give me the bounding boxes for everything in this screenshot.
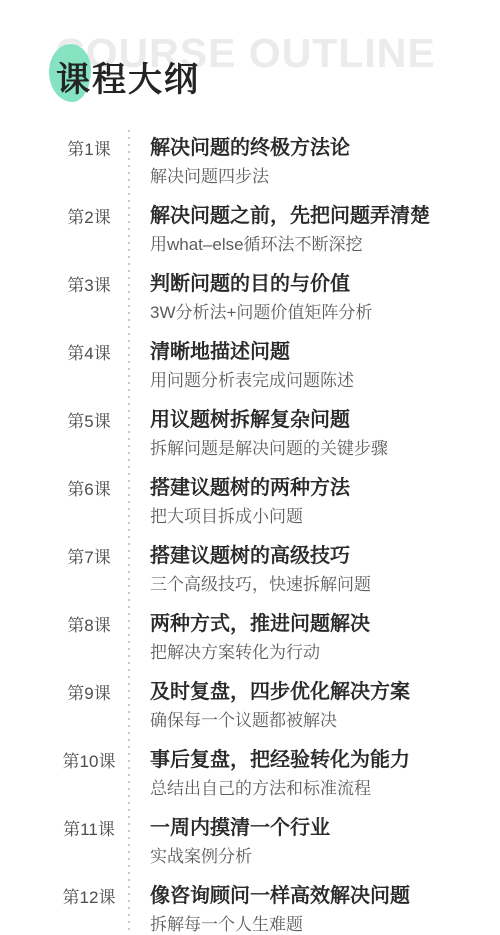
lesson-row: 第6课 搭建议题树的两种方法 把大项目拆成小问题: [0, 474, 500, 530]
lesson-subtitle: 解决问题四步法: [150, 164, 350, 190]
lesson-row: 第1课 解决问题的终极方法论 解决问题四步法: [0, 134, 500, 190]
lesson-row: 第5课 用议题树拆解复杂问题 拆解问题是解决问题的关键步骤: [0, 406, 500, 462]
lesson-title: 用议题树拆解复杂问题: [150, 406, 388, 434]
page-title-wrap: 课程大纲: [56, 52, 200, 101]
lesson-content: 解决问题之前，先把问题弄清楚 用what–else循环法不断深挖: [150, 202, 430, 258]
lesson-subtitle: 实战案例分析: [150, 844, 330, 870]
lesson-content: 像咨询顾问一样高效解决问题 拆解每一个人生难题: [150, 882, 410, 935]
lesson-title: 搭建议题树的高级技巧: [150, 542, 371, 570]
lesson-content: 搭建议题树的高级技巧 三个高级技巧，快速拆解问题: [150, 542, 371, 598]
lesson-subtitle: 总结出自己的方法和标准流程: [150, 776, 410, 802]
lesson-subtitle: 把大项目拆成小问题: [150, 504, 350, 530]
lesson-content: 清晰地描述问题 用问题分析表完成问题陈述: [150, 338, 354, 394]
lesson-row: 第7课 搭建议题树的高级技巧 三个高级技巧，快速拆解问题: [0, 542, 500, 598]
lesson-content: 两种方式，推进问题解决 把解决方案转化为行动: [150, 610, 370, 666]
lesson-subtitle: 确保每一个议题都被解决: [150, 708, 410, 734]
lesson-list: 第1课 解决问题的终极方法论 解决问题四步法 第2课 解决问题之前，先把问题弄清…: [0, 130, 500, 935]
lesson-number-label: 第4课: [58, 338, 120, 366]
lesson-row: 第10课 事后复盘，把经验转化为能力 总结出自己的方法和标准流程: [0, 746, 500, 802]
lesson-number-label: 第12课: [58, 882, 120, 910]
lesson-subtitle: 拆解每一个人生难题: [150, 912, 410, 935]
lesson-row: 第3课 判断问题的目的与价值 3W分析法+问题价值矩阵分析: [0, 270, 500, 326]
lesson-number-label: 第8课: [58, 610, 120, 638]
lesson-content: 解决问题的终极方法论 解决问题四步法: [150, 134, 350, 190]
lesson-row: 第2课 解决问题之前，先把问题弄清楚 用what–else循环法不断深挖: [0, 202, 500, 258]
page-title: 课程大纲: [56, 52, 200, 101]
lesson-subtitle: 拆解问题是解决问题的关键步骤: [150, 436, 388, 462]
lesson-content: 事后复盘，把经验转化为能力 总结出自己的方法和标准流程: [150, 746, 410, 802]
lesson-subtitle: 三个高级技巧，快速拆解问题: [150, 572, 371, 598]
lesson-title: 事后复盘，把经验转化为能力: [150, 746, 410, 774]
lesson-title: 解决问题的终极方法论: [150, 134, 350, 162]
lesson-title: 解决问题之前，先把问题弄清楚: [150, 202, 430, 230]
lesson-row: 第8课 两种方式，推进问题解决 把解决方案转化为行动: [0, 610, 500, 666]
lesson-number-label: 第11课: [58, 814, 120, 842]
lesson-number-label: 第7课: [58, 542, 120, 570]
lesson-title: 清晰地描述问题: [150, 338, 354, 366]
header: COURSE OUTLINE 课程大纲: [0, 0, 500, 130]
lesson-title: 判断问题的目的与价值: [150, 270, 372, 298]
lesson-number-label: 第9课: [58, 678, 120, 706]
lesson-content: 判断问题的目的与价值 3W分析法+问题价值矩阵分析: [150, 270, 372, 326]
lesson-title: 搭建议题树的两种方法: [150, 474, 350, 502]
lesson-number-label: 第3课: [58, 270, 120, 298]
lesson-title: 一周内摸清一个行业: [150, 814, 330, 842]
lesson-row: 第11课 一周内摸清一个行业 实战案例分析: [0, 814, 500, 870]
lesson-number-label: 第1课: [58, 134, 120, 162]
lesson-title: 像咨询顾问一样高效解决问题: [150, 882, 410, 910]
lesson-number-label: 第10课: [58, 746, 120, 774]
lesson-row: 第12课 像咨询顾问一样高效解决问题 拆解每一个人生难题: [0, 882, 500, 935]
lesson-content: 搭建议题树的两种方法 把大项目拆成小问题: [150, 474, 350, 530]
lesson-content: 及时复盘，四步优化解决方案 确保每一个议题都被解决: [150, 678, 410, 734]
lesson-subtitle: 用what–else循环法不断深挖: [150, 232, 430, 258]
lesson-content: 一周内摸清一个行业 实战案例分析: [150, 814, 330, 870]
lesson-subtitle: 把解决方案转化为行动: [150, 640, 370, 666]
lesson-row: 第9课 及时复盘，四步优化解决方案 确保每一个议题都被解决: [0, 678, 500, 734]
lesson-title: 及时复盘，四步优化解决方案: [150, 678, 410, 706]
lesson-title: 两种方式，推进问题解决: [150, 610, 370, 638]
lesson-number-label: 第2课: [58, 202, 120, 230]
lesson-subtitle: 3W分析法+问题价值矩阵分析: [150, 300, 372, 326]
lesson-number-label: 第5课: [58, 406, 120, 434]
lesson-number-label: 第6课: [58, 474, 120, 502]
course-outline-page: COURSE OUTLINE 课程大纲 第1课 解决问题的终极方法论 解决问题四…: [0, 0, 500, 935]
lesson-subtitle: 用问题分析表完成问题陈述: [150, 368, 354, 394]
lesson-row: 第4课 清晰地描述问题 用问题分析表完成问题陈述: [0, 338, 500, 394]
lesson-content: 用议题树拆解复杂问题 拆解问题是解决问题的关键步骤: [150, 406, 388, 462]
